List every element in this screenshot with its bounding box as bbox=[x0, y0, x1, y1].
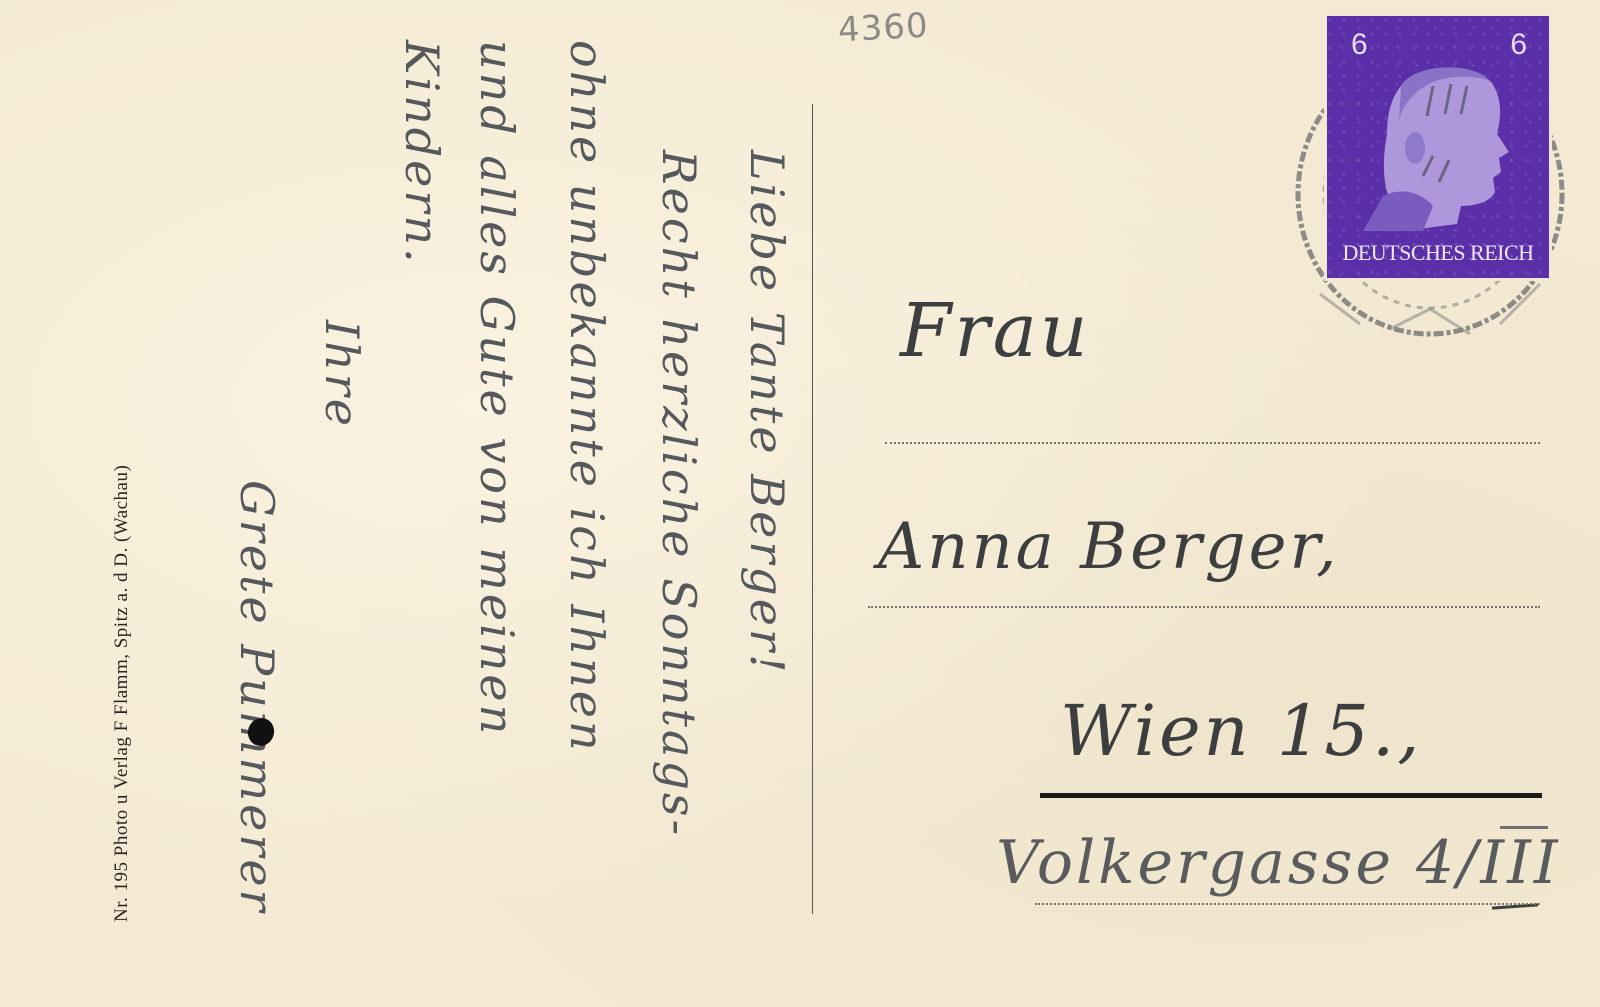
floor-overline bbox=[1500, 826, 1548, 829]
message-address-divider bbox=[812, 104, 813, 914]
postage-stamp: 6 6 DEUTSCHES REICH bbox=[1327, 16, 1549, 278]
message-line: Ihre bbox=[319, 320, 365, 429]
message-line: Grete Pummerer bbox=[234, 480, 280, 915]
address-line-1 bbox=[885, 442, 1540, 444]
stamp-caption: DEUTSCHES REICH bbox=[1327, 240, 1549, 266]
message-line: Recht herzliche Sonntags- bbox=[656, 150, 702, 838]
address-line-4 bbox=[1035, 903, 1540, 905]
address-street: Volkergasse 4/III bbox=[996, 828, 1561, 898]
address-salutation: Frau bbox=[900, 288, 1091, 374]
portrait-icon bbox=[1363, 56, 1523, 231]
message-line: und alles Gute von meinen bbox=[474, 40, 520, 737]
address-city: Wien 15., bbox=[1060, 690, 1422, 772]
message-line: ohne unbekannte ich Ihnen bbox=[564, 40, 610, 754]
archive-number: 4360 bbox=[837, 6, 930, 51]
publisher-imprint: Nr. 195 Photo u Verlag F Flamm, Spitz a.… bbox=[111, 465, 133, 922]
address-name: Anna Berger, bbox=[878, 510, 1339, 584]
message-line: Liebe Tante Berger! bbox=[744, 150, 790, 675]
address-line-2 bbox=[868, 606, 1540, 608]
message-line: Kindern. bbox=[399, 40, 445, 266]
address-line-3 bbox=[1040, 793, 1542, 798]
postcard-back: 4360 Nr. 195 Photo u Verlag F Flamm, Spi… bbox=[0, 0, 1600, 1007]
